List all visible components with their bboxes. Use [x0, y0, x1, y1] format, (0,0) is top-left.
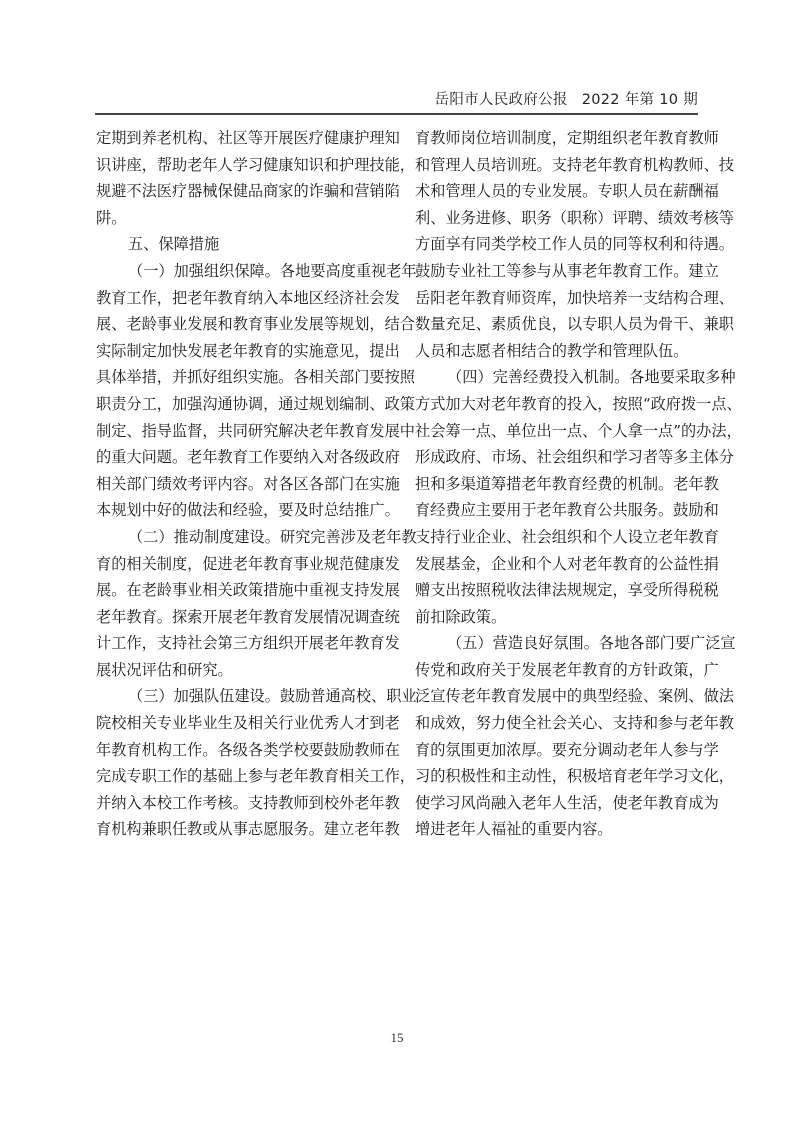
text-line: 并纳入本校工作考核。支持教师到校外老年教	[96, 790, 381, 817]
text-line: 育经费应主要用于老年教育公共服务。鼓励和	[415, 497, 700, 524]
text-line: 方式加大对老年教育的投入，按照“政府拨一点、	[415, 391, 700, 418]
text-line: 制定、指导监督，共同研究解决老年教育发展中	[96, 418, 381, 445]
text-line: 年教育机构工作。各级各类学校要鼓励教师在	[96, 737, 381, 764]
text-line: 鼓励专业社工等参与从事老年教育工作。建立	[415, 258, 700, 285]
page-number: 15	[377, 1030, 417, 1046]
text-line: 计工作，支持社会第三方组织开展老年教育发	[96, 630, 381, 657]
text-line: 传党和政府关于发展老年教育的方针政策，广	[415, 657, 700, 684]
text-line: （四）完善经费投入机制。各地要采取多种	[415, 364, 700, 391]
text-line: 阱。	[96, 205, 381, 232]
text-line: （二）推动制度建设。研究完善涉及老年教	[96, 524, 381, 551]
issue-number: 2022 年第 10 期	[582, 92, 698, 108]
text-line: 泛宣传老年教育发展中的典型经验、案例、做法	[415, 683, 700, 710]
text-line: （五）营造良好氛围。各地各部门要广泛宣	[415, 630, 700, 657]
text-line: 职责分工，加强沟通协调，通过规划编制、政策	[96, 391, 381, 418]
text-line: 使学习风尚融入老年人生活，使老年教育成为	[415, 790, 700, 817]
text-line: 赠支出按照税收法律法规规定，享受所得税税	[415, 577, 700, 604]
text-line: 岳阳老年教育师资库，加快培养一支结构合理、	[415, 285, 700, 312]
text-line: 数量充足、素质优良，以专职人员为骨干、兼职	[415, 311, 700, 338]
text-line: 院校相关专业毕业生及相关行业优秀人才到老	[96, 710, 381, 737]
text-line: 展状况评估和研究。	[96, 657, 381, 684]
text-line: 教育工作，把老年教育纳入本地区经济社会发	[96, 285, 381, 312]
text-line: 方面享有同类学校工作人员的同等权利和待遇。	[415, 231, 700, 258]
text-line: 本规划中好的做法和经验，要及时总结推广。	[96, 497, 381, 524]
text-line: 发展基金，企业和个人对老年教育的公益性捐	[415, 551, 700, 578]
text-line: 利、业务进修、职务（职称）评聘、绩效考核等	[415, 205, 700, 232]
text-line: 规避不法医疗器械保健品商家的诈骗和营销陷	[96, 178, 381, 205]
text-line: 习的积极性和主动性，积极培育老年学习文化，	[415, 763, 700, 790]
left-column: 定期到养老机构、社区等开展医疗健康护理知识讲座，帮助老年人学习健康知识和护理技能…	[96, 125, 381, 843]
text-line: 和成效，努力使全社会关心、支持和参与老年教	[415, 710, 700, 737]
text-line: （一）加强组织保障。各地要高度重视老年	[96, 258, 381, 285]
text-line: 定期到养老机构、社区等开展医疗健康护理知	[96, 125, 381, 152]
text-line: 形成政府、市场、社会组织和学习者等多主体分	[415, 444, 700, 471]
text-line: 和管理人员培训班。支持老年教育机构教师、技	[415, 152, 700, 179]
text-line: 完成专职工作的基础上参与老年教育相关工作，	[96, 763, 381, 790]
text-line: 前扣除政策。	[415, 604, 700, 631]
text-line: 增进老年人福祉的重要内容。	[415, 816, 700, 843]
text-line: 育的氛围更加浓厚。要充分调动老年人参与学	[415, 737, 700, 764]
text-line: 人员和志愿者相结合的教学和管理队伍。	[415, 338, 700, 365]
text-line: 育教师岗位培训制度，定期组织老年教育教师	[415, 125, 700, 152]
text-line: 的重大问题。老年教育工作要纳入对各级政府	[96, 444, 381, 471]
text-line: 展。在老龄事业相关政策措施中重视支持发展	[96, 577, 381, 604]
text-line: 识讲座，帮助老年人学习健康知识和护理技能，	[96, 152, 381, 179]
text-line: 术和管理人员的专业发展。专职人员在薪酬福	[415, 178, 700, 205]
page-header: 岳阳市人民政府公报2022 年第 10 期	[95, 88, 698, 112]
publication-title: 岳阳市人民政府公报	[435, 92, 568, 108]
header-rule	[95, 113, 698, 115]
text-line: （三）加强队伍建设。鼓励普通高校、职业	[96, 683, 381, 710]
text-line: 育机构兼职任教或从事志愿服务。建立老年教	[96, 816, 381, 843]
text-line: 实际制定加快发展老年教育的实施意见，提出	[96, 338, 381, 365]
text-line: 社会筹一点、单位出一点、个人拿一点”的办法，	[415, 418, 700, 445]
text-line: 五、保障措施	[96, 231, 381, 258]
right-column: 育教师岗位培训制度，定期组织老年教育教师和管理人员培训班。支持老年教育机构教师、…	[415, 125, 700, 843]
text-line: 具体举措，并抓好组织实施。各相关部门要按照	[96, 364, 381, 391]
text-line: 相关部门绩效考评内容。对各区各部门在实施	[96, 471, 381, 498]
text-line: 展、老龄事业发展和教育事业发展等规划，结合	[96, 311, 381, 338]
text-line: 支持行业企业、社会组织和个人设立老年教育	[415, 524, 700, 551]
text-line: 老年教育。探索开展老年教育发展情况调查统	[96, 604, 381, 631]
text-line: 育的相关制度，促进老年教育事业规范健康发	[96, 551, 381, 578]
text-line: 担和多渠道筹措老年教育经费的机制。老年教	[415, 471, 700, 498]
